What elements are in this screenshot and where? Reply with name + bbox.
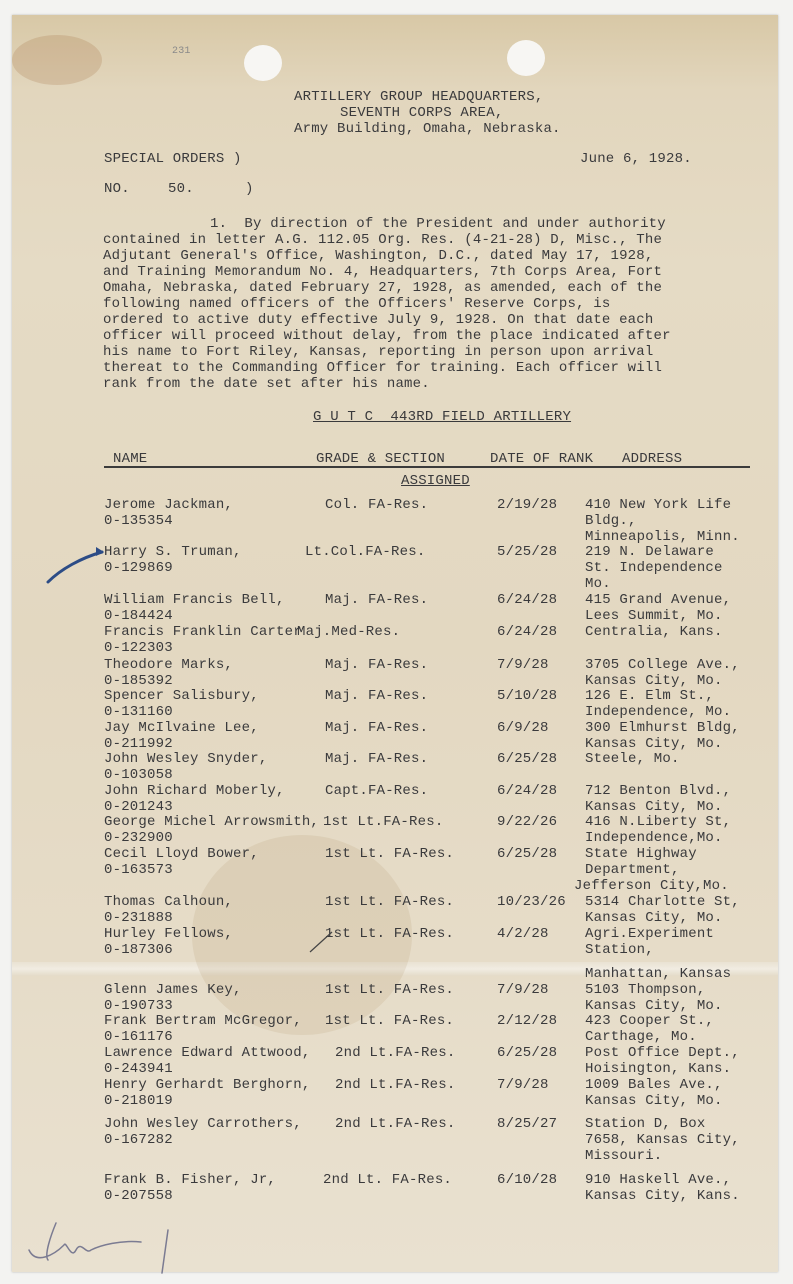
officer-grade: 1st Lt. FA-Res. (325, 926, 454, 942)
officer-serial: 0-243941 (104, 1061, 173, 1077)
officer-address: Bldg., (585, 513, 637, 529)
officer-address: 415 Grand Avenue, (585, 592, 731, 608)
pencil-check-mark (308, 928, 338, 958)
officer-date: 6/25/28 (497, 751, 557, 767)
officer-address: 416 N.Liberty St, (585, 814, 731, 830)
officer-serial: 0-131160 (104, 704, 173, 720)
officer-grade: Maj. FA-Res. (325, 657, 428, 673)
paragraph-line: following named officers of the Officers… (103, 296, 610, 312)
officer-name: Jay McIlvaine Lee, (104, 720, 259, 736)
officer-date: 7/9/28 (497, 657, 549, 673)
officer-address: Independence,Mo. (585, 830, 723, 846)
punch-hole (244, 45, 282, 81)
officer-name: Cecil Lloyd Bower, (104, 846, 259, 862)
officer-address: Centralia, Kans. (585, 624, 723, 640)
officer-serial: 0-122303 (104, 640, 173, 656)
officer-date: 4/2/28 (497, 926, 549, 942)
officer-grade: Lt.Col.FA-Res. (305, 544, 425, 560)
officer-name: Jerome Jackman, (104, 497, 233, 513)
officer-name: John Wesley Snyder, (104, 751, 267, 767)
letterhead-line-2: SEVENTH CORPS AREA, (340, 105, 503, 121)
order-number: 50. (168, 181, 194, 197)
officer-address: Kansas City, Mo. (585, 910, 723, 926)
officer-name: Frank B. Fisher, Jr, (104, 1172, 276, 1188)
order-date: June 6, 1928. (580, 151, 692, 167)
officer-address: Kansas City, Mo. (585, 1093, 723, 1109)
header-address: ADDRESS (622, 451, 682, 467)
paragraph-line: his name to Fort Riley, Kansas, reportin… (103, 344, 654, 360)
header-grade: GRADE & SECTION (316, 451, 445, 467)
officer-serial: 0-129869 (104, 560, 173, 576)
page-number: 231 (172, 44, 191, 60)
officer-serial: 0-135354 (104, 513, 173, 529)
officer-date: 6/9/28 (497, 720, 549, 736)
officer-name: Frank Bertram McGregor, (104, 1013, 302, 1029)
officer-grade: 1st Lt. FA-Res. (325, 846, 454, 862)
officer-address: 5314 Charlotte St, (585, 894, 740, 910)
pen-arrow-mark (46, 544, 106, 584)
officer-serial: 0-103058 (104, 767, 173, 783)
paragraph-line: thereat to the Commanding Officer for tr… (103, 360, 662, 376)
officer-grade: Capt.FA-Res. (325, 783, 428, 799)
officer-address: Station D, Box (585, 1116, 705, 1132)
officer-address: Carthage, Mo. (585, 1029, 697, 1045)
officer-name: Theodore Marks, (104, 657, 233, 673)
officer-serial: 0-232900 (104, 830, 173, 846)
officer-address: 219 N. Delaware (585, 544, 714, 560)
officer-grade: 2nd Lt.FA-Res. (335, 1045, 455, 1061)
officer-address: 712 Benton Blvd., (585, 783, 731, 799)
officer-address: 126 E. Elm St., (585, 688, 714, 704)
officer-date: 5/10/28 (497, 688, 557, 704)
officer-grade: 2nd Lt.FA-Res. (335, 1116, 455, 1132)
officer-date: 6/24/28 (497, 783, 557, 799)
officer-serial: 0-218019 (104, 1093, 173, 1109)
officer-address: 1009 Bales Ave., (585, 1077, 723, 1093)
officer-date: 6/25/28 (497, 846, 557, 862)
officer-grade: Maj. FA-Res. (325, 592, 428, 608)
officer-grade: Maj. FA-Res. (325, 720, 428, 736)
header-date: DATE OF RANK (490, 451, 593, 467)
officer-address: Mo. (585, 576, 611, 592)
officer-address: Station, (585, 942, 654, 958)
officer-grade: 1st Lt. FA-Res. (325, 1013, 454, 1029)
officer-serial: 0-185392 (104, 673, 173, 689)
order-bracket: ) (245, 181, 254, 197)
officer-grade: 1st Lt.FA-Res. (323, 814, 443, 830)
officer-address: Kansas City, Mo. (585, 673, 723, 689)
officer-address: Jefferson City,Mo. (574, 878, 729, 894)
officer-address: Minneapolis, Minn. (585, 529, 740, 545)
officer-address: Post Office Dept., (585, 1045, 740, 1061)
officer-name: Glenn James Key, (104, 982, 242, 998)
officer-grade: Col. FA-Res. (325, 497, 428, 513)
officer-name: Hurley Fellows, (104, 926, 233, 942)
officer-name: John Wesley Carrothers, (104, 1116, 302, 1132)
paragraph-line: officer will proceed without delay, from… (103, 328, 671, 344)
officer-serial: 0-163573 (104, 862, 173, 878)
officer-date: 2/19/28 (497, 497, 557, 513)
officer-address: 910 Haskell Ave., (585, 1172, 731, 1188)
officer-serial: 0-161176 (104, 1029, 173, 1045)
officer-address: Kansas City, Kans. (585, 1188, 740, 1204)
officer-address: Kansas City, Mo. (585, 799, 723, 815)
officer-address: 7658, Kansas City, (585, 1132, 740, 1148)
punch-hole (507, 40, 545, 76)
officer-serial: 0-187306 (104, 942, 173, 958)
officer-address: Manhattan, Kansas (585, 966, 731, 982)
officer-serial: 0-190733 (104, 998, 173, 1014)
letterhead-line-1: ARTILLERY GROUP HEADQUARTERS, (294, 89, 543, 105)
officer-date: 6/25/28 (497, 1045, 557, 1061)
paragraph-line: and Training Memorandum No. 4, Headquart… (103, 264, 662, 280)
rust-stain (12, 35, 102, 85)
officer-date: 9/22/26 (497, 814, 557, 830)
officer-date: 6/10/28 (497, 1172, 557, 1188)
officer-serial: 0-184424 (104, 608, 173, 624)
officer-date: 7/9/28 (497, 982, 549, 998)
paragraph-line: rank from the date set after his name. (103, 376, 430, 392)
officer-date: 5/25/28 (497, 544, 557, 560)
officer-address: Kansas City, Mo. (585, 998, 723, 1014)
paragraph-line: Omaha, Nebraska, dated February 27, 1928… (103, 280, 662, 296)
officer-grade: 2nd Lt.FA-Res. (335, 1077, 455, 1093)
officer-name: Thomas Calhoun, (104, 894, 233, 910)
officer-name: Harry S. Truman, (104, 544, 242, 560)
paragraph-line: ordered to active duty effective July 9,… (103, 312, 654, 328)
officer-date: 6/24/28 (497, 592, 557, 608)
officer-serial: 0-201243 (104, 799, 173, 815)
letterhead-line-3: Army Building, Omaha, Nebraska. (294, 121, 561, 137)
officer-address: St. Independence (585, 560, 723, 576)
officer-serial: 0-207558 (104, 1188, 173, 1204)
header-name: NAME (113, 451, 147, 467)
officer-serial: 0-231888 (104, 910, 173, 926)
header-rule (104, 466, 750, 468)
officer-address: Steele, Mo. (585, 751, 680, 767)
officer-grade: 2nd Lt. FA-Res. (323, 1172, 452, 1188)
officer-address: Agri.Experiment (585, 926, 714, 942)
officer-address: 5103 Thompson, (585, 982, 705, 998)
officer-address: Independence, Mo. (585, 704, 731, 720)
officer-date: 2/12/28 (497, 1013, 557, 1029)
paragraph-line: 1. By direction of the President and und… (210, 216, 666, 232)
officer-grade: 1st Lt. FA-Res. (325, 894, 454, 910)
officer-grade: Maj. FA-Res. (325, 751, 428, 767)
special-orders-label: SPECIAL ORDERS ) (104, 151, 242, 167)
officer-date: 7/9/28 (497, 1077, 549, 1093)
header-assigned: ASSIGNED (401, 473, 470, 489)
paragraph-line: Adjutant General's Office, Washington, D… (103, 248, 654, 264)
handwritten-note: Inc 1 (26, 1215, 186, 1275)
officer-name: John Richard Moberly, (104, 783, 285, 799)
officer-grade: Maj. FA-Res. (325, 688, 428, 704)
order-number-label: NO. (104, 181, 130, 197)
officer-serial: 0-211992 (104, 736, 173, 752)
officer-date: 8/25/27 (497, 1116, 557, 1132)
officer-date: 6/24/28 (497, 624, 557, 640)
officer-name: Henry Gerhardt Berghorn, (104, 1077, 310, 1093)
officer-name: William Francis Bell, (104, 592, 285, 608)
officer-name: Lawrence Edward Attwood, (104, 1045, 310, 1061)
officer-grade: Maj.Med-Res. (297, 624, 400, 640)
officer-name: Francis Franklin Carter (104, 624, 302, 640)
officer-address: 3705 College Ave., (585, 657, 740, 673)
officer-address: Lees Summit, Mo. (585, 608, 723, 624)
officer-name: George Michel Arrowsmith, (104, 814, 319, 830)
officer-address: 300 Elmhurst Bldg, (585, 720, 740, 736)
officer-address: 410 New York Life (585, 497, 731, 513)
paragraph-line: contained in letter A.G. 112.05 Org. Res… (103, 232, 662, 248)
officer-address: 423 Cooper St., (585, 1013, 714, 1029)
officer-address: Kansas City, Mo. (585, 736, 723, 752)
officer-address: State Highway (585, 846, 697, 862)
officer-grade: 1st Lt. FA-Res. (325, 982, 454, 998)
section-title: G U T C 443RD FIELD ARTILLERY (313, 409, 571, 425)
officer-address: Missouri. (585, 1148, 662, 1164)
officer-address: Department, (585, 862, 680, 878)
officer-date: 10/23/26 (497, 894, 566, 910)
officer-address: Hoisington, Kans. (585, 1061, 731, 1077)
officer-name: Spencer Salisbury, (104, 688, 259, 704)
officer-serial: 0-167282 (104, 1132, 173, 1148)
